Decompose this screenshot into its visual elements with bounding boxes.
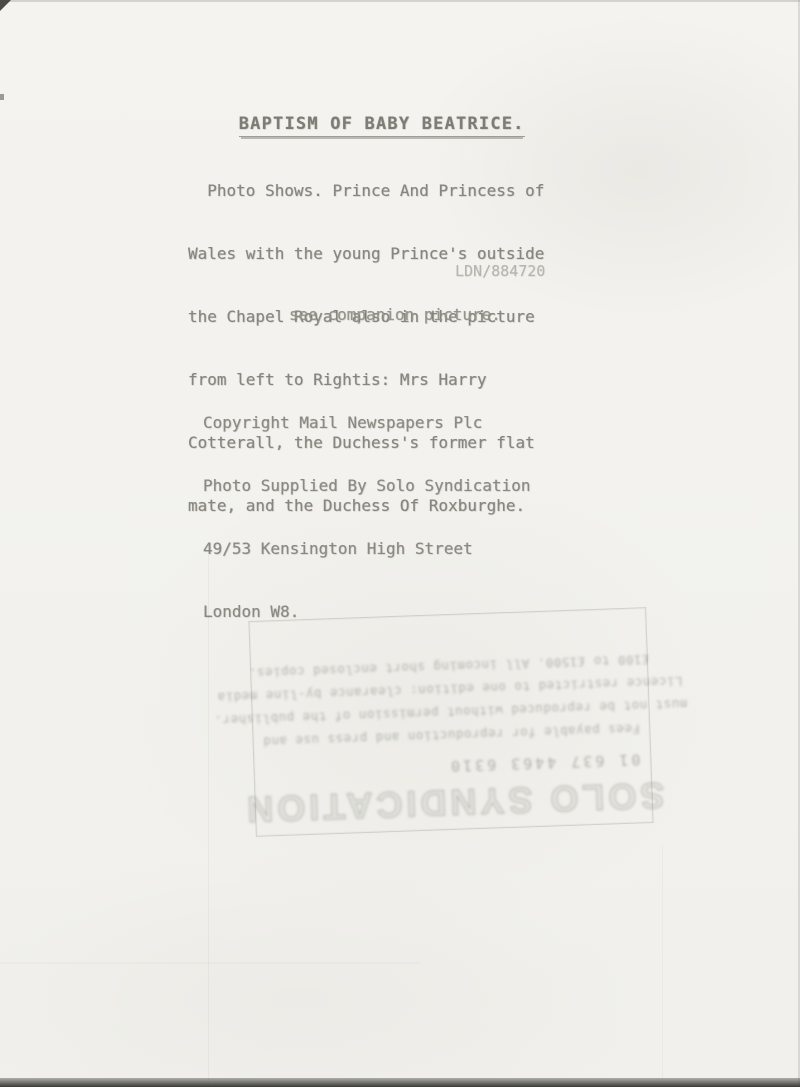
caption-line: Wales with the young Prince's outside	[188, 243, 544, 264]
caption-line: Photo Shows. Prince And Princess of	[188, 180, 544, 201]
paper-crease-vertical	[662, 845, 663, 1078]
caption-title-text: BAPTISM OF BABY BEATRICE.	[239, 114, 525, 137]
stamp-headline-outline-text: SOLO SYNDICATION	[242, 774, 665, 831]
copyright-line: 49/53 Kensington High Street	[203, 538, 531, 559]
photo-back-scan: BAPTISM OF BABY BEATRICE. Photo Shows. P…	[0, 0, 800, 1087]
copyright-line: Copyright Mail Newspapers Plc	[203, 412, 531, 433]
paper-crease-vertical	[208, 555, 209, 1087]
scan-edge-mark	[0, 94, 4, 100]
scan-corner-artifact	[0, 0, 11, 11]
paper-crease-horizontal	[0, 962, 420, 964]
stamp-phone-line: 01 637 4463 6310	[448, 750, 651, 775]
rubber-stamp-upside-down: SOLO SYNDICATION 01 637 4463 6310 Fees p…	[248, 607, 653, 837]
scan-edge-top	[0, 0, 800, 2]
companion-picture-note: see companion picture.	[289, 305, 501, 324]
scan-edge-bottom	[0, 1078, 800, 1087]
photo-reference-number: LDN/884720	[455, 262, 545, 280]
rubber-stamp-content: SOLO SYNDICATION 01 637 4463 6310 Fees p…	[249, 608, 652, 836]
copyright-line: Photo Supplied By Solo Syndication	[203, 475, 531, 496]
